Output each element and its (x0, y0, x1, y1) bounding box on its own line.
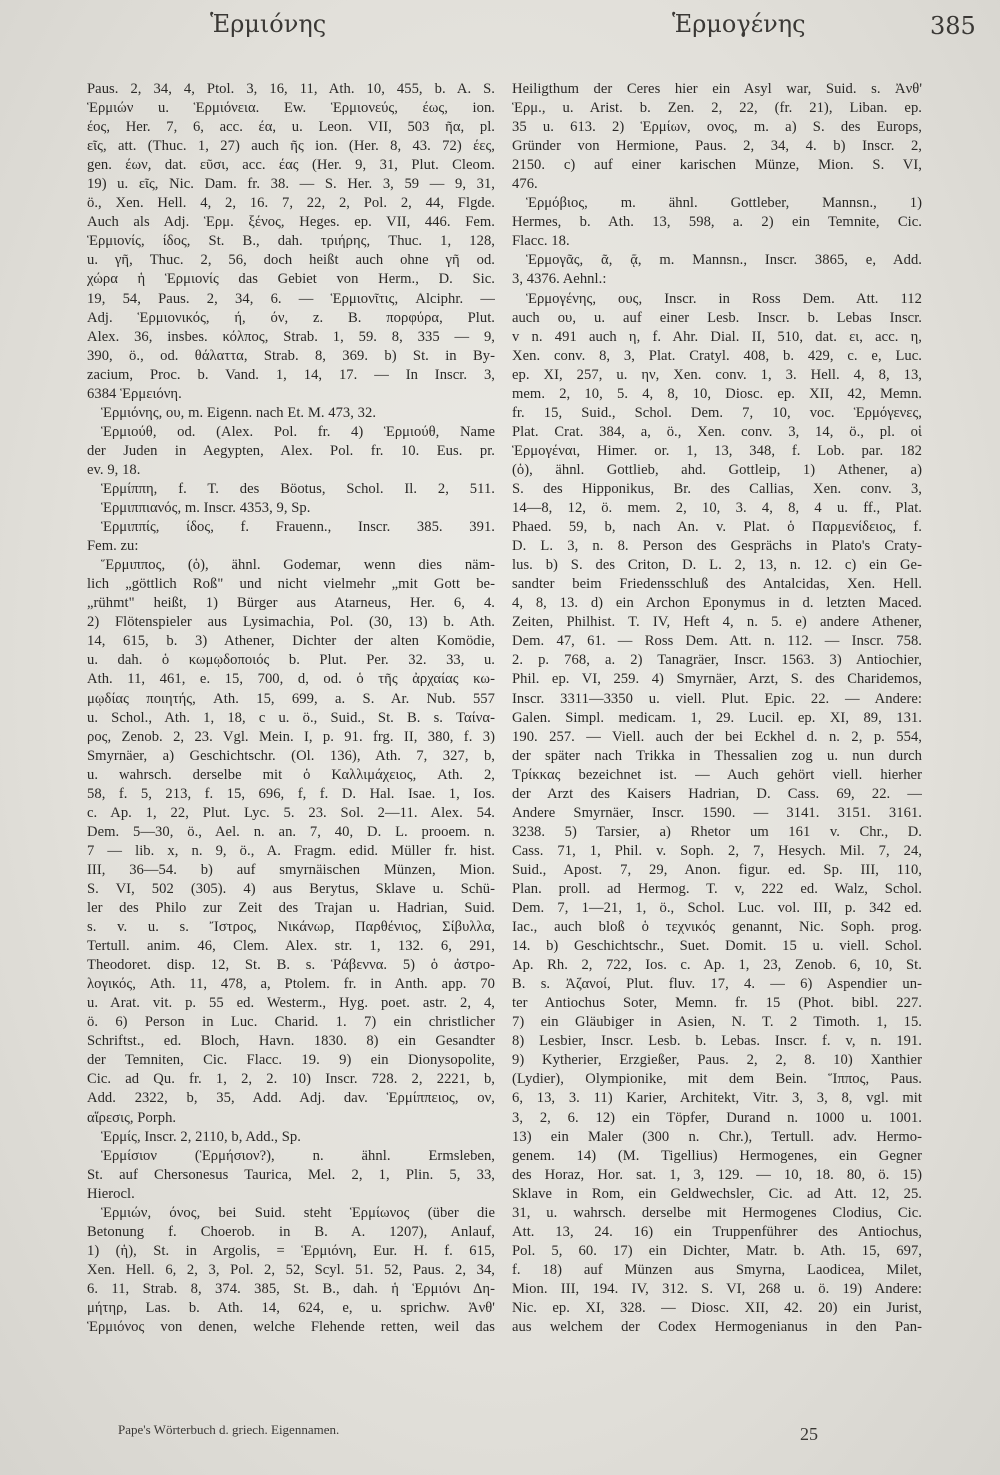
text-line: aus welchem der Codex Hermogenianus in d… (512, 1318, 922, 1337)
text-line: Gründer von Hermione, Paus. 2, 34, 4. b)… (512, 137, 922, 156)
text-line: Heiligthum der Ceres hier ein Asyl war, … (512, 80, 922, 99)
text-line: Phaed. 59, b, nach An. v. Plat. ὁ Παρμεν… (512, 518, 922, 537)
text-line: Att. 13, 24. 16) ein Truppenführer des A… (512, 1223, 922, 1242)
text-line: 7) ein Gläubiger in Asien, N. T. 2 Timot… (512, 1013, 922, 1032)
text-line: Ἕρμιππος, (ὁ), ähnl. Godemar, wenn dies … (87, 556, 495, 575)
text-line: Τρίκκας bezeichnet ist. — Auch gehört vi… (512, 766, 922, 785)
text-line: Ἑρμογᾶς, ᾶ, ᾷ, m. Mannsn., Inscr. 3865, … (512, 251, 922, 270)
text-line: Dem. 47, 61. — Ross Dem. Att. n. 112. — … (512, 632, 922, 651)
text-line: ö., Xen. Hell. 4, 2, 16. 7, 22, 2, Pol. … (87, 194, 495, 213)
text-line: (ὁ), ähnl. Gottlieb, ahd. Gottleip, 1) A… (512, 461, 922, 480)
text-line: 13) ein Maler (300 n. Chr.), Tertull. ad… (512, 1128, 922, 1147)
text-line: v n. 491 auch η, f. Ahr. Dial. II, 510, … (512, 328, 922, 347)
text-line: 3, 4376. Aehnl.: (512, 270, 922, 289)
text-line: Pol. 5, 60. 17) ein Dichter, Matr. b. At… (512, 1242, 922, 1261)
text-line: u. Schol., Ath. 1, 18, c u. ö., Suid., S… (87, 709, 495, 728)
text-line: Betonung f. Choerob. in B. A. 1207), Anl… (87, 1223, 495, 1242)
page-number: 385 (930, 12, 976, 40)
text-line: Dem. 5—30, ö., Ael. n. an. 7, 40, D. L. … (87, 823, 495, 842)
text-line: μήτηρ, Las. b. Ath. 14, 624, e, u. spric… (87, 1299, 495, 1318)
text-line: Plan. proll. ad Hermog. T. v, 222 ed. Wa… (512, 880, 922, 899)
text-line: u. Arat. vit. p. 55 ed. Westerm., Hyg. p… (87, 994, 495, 1013)
text-line: s. v. u. s. Ἴστρος, Νικάνωρ, Παρθένιος, … (87, 918, 495, 937)
text-line: Ἑρμιππίς, ίδος, f. Frauenn., Inscr. 385.… (87, 518, 495, 537)
text-line: 190. 257. — Viell. auch der bei Eckhel d… (512, 728, 922, 747)
text-line: Ἑρμ., u. Arist. b. Zen. 2, 22, (fr. 21),… (512, 99, 922, 118)
text-line: 14, 615, b. 3) Athener, Dichter der alte… (87, 632, 495, 651)
text-line: Ἑρμιών u. Ἑρμιόνεια. Ew. Ἑρμιονεύς, έως,… (87, 99, 495, 118)
text-line: 19) u. εῖς, Nic. Dam. fr. 38. — S. Her. … (87, 175, 495, 194)
text-line: Add. 2322, b, 35, Add. Adj. dav. Ἑρμίππε… (87, 1089, 495, 1108)
text-line: III, 36—54. b) auf smyrnäischen Münzen, … (87, 861, 495, 880)
text-line: Inscr. 3311—3350 u. viell. Plut. Epic. 2… (512, 690, 922, 709)
text-line: 6384 Ἑρμειόνη. (87, 385, 495, 404)
dictionary-page: Ἑρμιόνης Ἑρμογένης 385 Paus. 2, 34, 4, P… (0, 0, 1000, 1475)
text-line: 6. 11, Strab. 8, 374. 385, St. B., dah. … (87, 1280, 495, 1299)
text-line: Xen. conv. 8, 3, Plat. Cratyl. 408, b. 4… (512, 347, 922, 366)
text-line: Galen. Simpl. medicam. 1, 29. Lucil. ep.… (512, 709, 922, 728)
right-column: Heiligthum der Ceres hier ein Asyl war, … (512, 80, 922, 1337)
text-line: Ἑρμίς, Inscr. 2, 2110, b, Add., Sp. (87, 1128, 495, 1147)
text-line: 35 u. 613. 2) Ἑρμίων, ονος, m. a) S. des… (512, 118, 922, 137)
text-line: der Juden in Aegypten, Alex. Pol. fr. 10… (87, 442, 495, 461)
printer-signature: Pape's Wörterbuch d. griech. Eigennamen. (118, 1422, 339, 1438)
text-line: 390, ö., od. θάλαττα, Strab. 8, 369. b) … (87, 347, 495, 366)
text-line: Ἑρμιονίς, ίδος, St. B., dah. τριήρης, Th… (87, 232, 495, 251)
text-line: sandter beim Friedensschluß des Antalcid… (512, 575, 922, 594)
text-line: Sklave in Rom, ein Geldwechsler, Cic. ad… (512, 1185, 922, 1204)
text-line: μῳδίας ποιητής, Ath. 15, 699, a. S. Ar. … (87, 690, 495, 709)
text-line: Suid., Apost. 7, 29, Anon. figur. ed. Sp… (512, 861, 922, 880)
text-line: 9) Kytherier, Erzgießer, Paus. 2, 2, 8. … (512, 1051, 922, 1070)
text-line: Smyrnäer, a) Geschichtschr. (Ol. 136), A… (87, 747, 495, 766)
text-line: 2150. c) auf einer karischen Münze, Mion… (512, 156, 922, 175)
text-line: Zeiten, Philhist. T. IV, Heft 4, n. 5. e… (512, 613, 922, 632)
right-headword: Ἑρμογένης (672, 10, 806, 38)
text-line: Fem. zu: (87, 537, 495, 556)
text-line: Tertull. anim. 46, Clem. Alex. str. 1, 1… (87, 937, 495, 956)
text-line: αἵρεσις, Porph. (87, 1109, 495, 1128)
text-line: Andere Smyrnäer, Inscr. 1590. — 3141. 31… (512, 804, 922, 823)
text-line: auch ου, u. auf einer Lesb. Inscr. b. Le… (512, 309, 922, 328)
text-line: genem. 14) (M. Tigellius) Hermogenes, ei… (512, 1147, 922, 1166)
text-line: Auch als Adj. Ἑρμ. ξένος, Heges. ep. VII… (87, 213, 495, 232)
text-line: St. auf Chersonesus Taurica, Mel. 2, 1, … (87, 1166, 495, 1185)
text-line: des Horaz, Hor. sat. 1, 3, 129. — 10, 18… (512, 1166, 922, 1185)
text-line: B. s. Ἀζανοί, Plut. fluv. 17, 4. — 6) As… (512, 975, 922, 994)
text-line: Xen. Hell. 6, 2, 3, Pol. 2, 52, Scyl. 51… (87, 1261, 495, 1280)
text-line: S. VI, 502 (305). 4) aus Berytus, Sklave… (87, 880, 495, 899)
text-line: ö. 6) Person in Luc. Charid. 1. 7) ein c… (87, 1013, 495, 1032)
text-line: der Arzt des Kaisers Hadrian, D. Cass. 6… (512, 785, 922, 804)
text-line: εῖς, att. (Thuc. 1, 27) auch ῆς ion. (He… (87, 137, 495, 156)
text-line: Ἑρμόβιος, m. ähnl. Gottleber, Mannsn., 1… (512, 194, 922, 213)
text-line: Ἑρμιών, όνος, bei Suid. steht Ἑρμίωνος (… (87, 1204, 495, 1223)
text-line: 3, 2, 6. 12) ein Töpfer, Durand n. 1000 … (512, 1109, 922, 1128)
text-line: 476. (512, 175, 922, 194)
text-line: Phil. ep. VI, 259. 4) Smyrnäer, Arzt, S.… (512, 670, 922, 689)
text-line: Paus. 2, 34, 4, Ptol. 3, 16, 11, Ath. 10… (87, 80, 495, 99)
text-line: S. des Hipponikus, Br. des Callias, Xen.… (512, 480, 922, 499)
text-line: u. γῆ, Thuc. 2, 56, doch heißt auch ohne… (87, 251, 495, 270)
text-line: 1) (ἡ), St. in Argolis, = Ἑρμιόνη, Eur. … (87, 1242, 495, 1261)
text-line: der später nach Trikka in Thessalien zog… (512, 747, 922, 766)
text-line: ev. 9, 18. (87, 461, 495, 480)
text-line: 19, 54, Paus. 2, 34, 6. — Ἑρμιονῖτις, Al… (87, 290, 495, 309)
text-line: ter Antiochus Soter, Memn. fr. 15 (Phot.… (512, 994, 922, 1013)
text-line: der Temniten, Cic. Flacc. 19. 9) ein Dio… (87, 1051, 495, 1070)
text-line: fr. 15, Suid., Schol. Dem. 7, 10, voc. Ἑ… (512, 404, 922, 423)
text-line: Ath. 11, 461, e. 15, 700, d, od. ὁ τῆς ἀ… (87, 670, 495, 689)
text-line: ρος, Zenob. 2, 23. Vgl. Mein. I, p. 91. … (87, 728, 495, 747)
text-line: Theodoret. disp. 12, St. B. s. Ῥάβεννα. … (87, 956, 495, 975)
text-line: zacium, Proc. b. Vand. 1, 14, 17. — In I… (87, 366, 495, 385)
left-column: Paus. 2, 34, 4, Ptol. 3, 16, 11, Ath. 10… (87, 80, 495, 1337)
left-headword: Ἑρμιόνης (210, 10, 326, 38)
text-line: Iac., auch bloß ὁ τεχνικός genannt, Nic.… (512, 918, 922, 937)
text-line: Ἑρμιούθ, od. (Alex. Pol. fr. 4) Ἑρμιούθ,… (87, 423, 495, 442)
text-line: Alex. 36, insbes. κόλπος, Strab. 1, 59. … (87, 328, 495, 347)
text-line: Schriftst., ed. Bloch, Havn. 1830. 8) ei… (87, 1032, 495, 1051)
text-line: Nic. ep. XI, 328. — Diosc. XII, 42. 20) … (512, 1299, 922, 1318)
text-line: έος, Her. 7, 6, acc. έα, u. Leon. VII, 5… (87, 118, 495, 137)
text-line: χώρα ἡ Ἑρμιονίς das Gebiet von Herm., D.… (87, 270, 495, 289)
text-line: D. L. 3, n. 8. Person des Gesprächs in P… (512, 537, 922, 556)
text-line: Flacc. 18. (512, 232, 922, 251)
text-line: 31, u. wahrsch. derselbe mit Hermogenes … (512, 1204, 922, 1223)
text-line: Cic. ad Qu. fr. 1, 2, 2. 10) Inscr. 728.… (87, 1070, 495, 1089)
text-line: 4, 8, 13. d) ein Archon Eponymus in d. l… (512, 594, 922, 613)
text-line: 14. b) Geschichtschr., Suet. Domit. 15 u… (512, 937, 922, 956)
text-line: 14—8, 12, ö. mem. 2, 10, 3. 4, 8, 4 u. f… (512, 499, 922, 518)
text-line: 7 — lib. x, n. 9, ö., A. Fragm. edid. Mü… (87, 842, 495, 861)
text-line: 2. p. 768, a. 2) Tanagräer, Inscr. 1563.… (512, 651, 922, 670)
text-line: Adj. Ἑρμιονικός, ή, όν, z. B. πορφύρα, P… (87, 309, 495, 328)
text-line: (Lydier), Olympionike, mit dem Bein. Ἵππ… (512, 1070, 922, 1089)
text-line: Plat. Crat. 384, a, ö., Xen. conv. 3, 14… (512, 423, 922, 442)
text-line: Cass. 71, 1, Phil. v. Soph. 2, 7, Hesych… (512, 842, 922, 861)
text-line: 8) Lesbier, Inscr. Lesb. b. Lebas. Inscr… (512, 1032, 922, 1051)
text-line: Ἑρμογένης, ους, Inscr. in Ross Dem. Att.… (512, 290, 922, 309)
text-line: mem. 2, 10, 5. 4, 8, 10, Diosc. ep. XII,… (512, 385, 922, 404)
text-line: 3238. 5) Tarsier, a) Rhetor um 161 v. Ch… (512, 823, 922, 842)
text-line: c. Ap. 1, 22, Plut. Lyc. 5. 23. Sol. 2—1… (87, 804, 495, 823)
text-line: λογικός, Ath. 11, 478, a, Ptolem. fr. in… (87, 975, 495, 994)
text-line: u. wahrsch. derselbe mit ὁ Καλλιμάχειος,… (87, 766, 495, 785)
text-line: Ἑρμίσιον (Ἑρμήσιον?), n. ähnl. Ermsleben… (87, 1147, 495, 1166)
text-line: ler des Philo zur Zeit des Trajan u. Had… (87, 899, 495, 918)
text-line: 6, 13, 3. 11) Karier, Architekt, Vitr. 3… (512, 1089, 922, 1108)
text-line: Hierocl. (87, 1185, 495, 1204)
text-line: lich „göttlich Roß" und nicht vielmehr „… (87, 575, 495, 594)
text-line: Ἑρμιόνης, ου, m. Eigenn. nach Et. M. 473… (87, 404, 495, 423)
text-line: Ἑρμίππη, f. T. des Böotus, Schol. Il. 2,… (87, 480, 495, 499)
text-line: Ap. Rh. 2, 722, Ios. c. Ap. 1, 23, Zenob… (512, 956, 922, 975)
text-line: Hermes, b. Ath. 13, 598, a. 2) ein Temni… (512, 213, 922, 232)
text-line: Dem. 7, 1—21, 1, ö., Schol. Luc. vol. II… (512, 899, 922, 918)
text-line: u. dah. ὁ κωμῳδοποιός b. Plut. Per. 32. … (87, 651, 495, 670)
running-head: Ἑρμιόνης Ἑρμογένης 385 (0, 8, 1000, 58)
text-line: Ἑρμιόνος von denen, welche Flehende rett… (87, 1318, 495, 1337)
text-line: Ἑρμιππιανός, m. Inscr. 4353, 9, Sp. (87, 499, 495, 518)
text-line: „rühmt" heißt, 1) Bürger aus Atarneus, H… (87, 594, 495, 613)
text-line: ep. XI, 257, u. ην, Xen. conv. 1, 3. Hel… (512, 366, 922, 385)
text-line: Mion. III, 194. IV, 312. S. VI, 268 u. ö… (512, 1280, 922, 1299)
text-line: gen. έων, dat. εῦσι, acc. έας (Her. 9, 3… (87, 156, 495, 175)
text-line: f. 18) auf Münzen aus Smyrna, Laodicea, … (512, 1261, 922, 1280)
text-line: 58, f. 5, 213, f. 15, 696, f, f. D. Hal.… (87, 785, 495, 804)
text-line: lus. b) S. des Criton, D. L. 2, 13, n. 1… (512, 556, 922, 575)
text-line: 2) Flötenspieler aus Lysimachia, Pol. (3… (87, 613, 495, 632)
sheet-number: 25 (800, 1424, 818, 1445)
text-line: Ἑρμογέναι, Himer. or. 1, 13, 348, f. Lob… (512, 442, 922, 461)
